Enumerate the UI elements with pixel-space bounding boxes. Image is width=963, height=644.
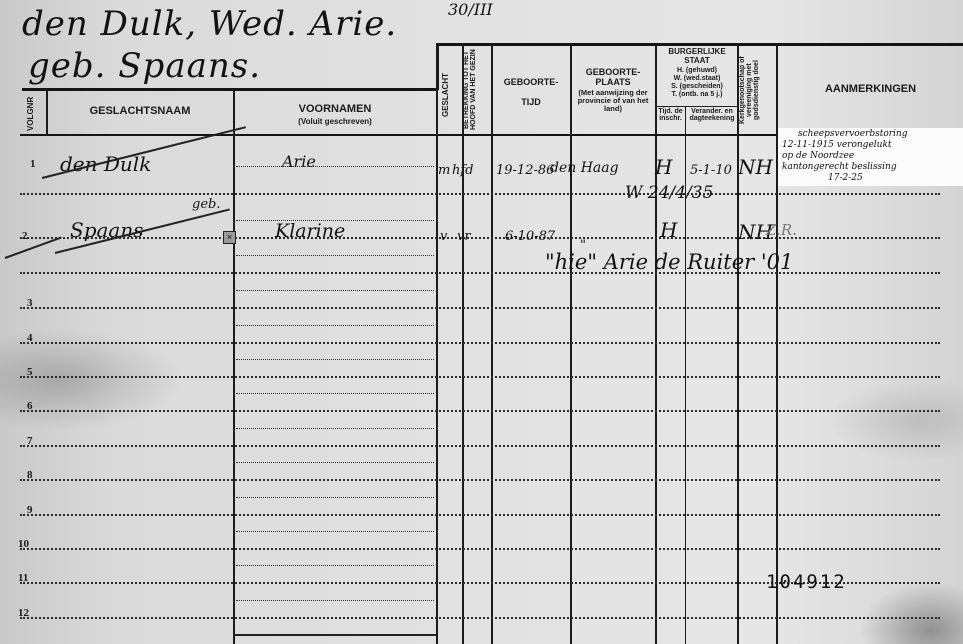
row2-firstname: Klarine: [275, 220, 345, 242]
col-voornamen-sub: (Voluit geschreven): [236, 118, 434, 126]
col-burgerlijke-staat-2: STAAT: [657, 57, 737, 65]
surname-heading: den Dulk, Wed. Arie.: [22, 4, 397, 44]
row-line: [20, 237, 940, 239]
bs-verander: Verander. en dagteekening: [687, 108, 737, 123]
row-line: [20, 410, 940, 412]
row1-surname: den Dulk: [60, 152, 151, 176]
row2-civil-status: H: [660, 218, 677, 242]
aanmerkingen-note-patch: scheepsvervoerbstoring 12-11-1915 verong…: [778, 128, 963, 186]
voornamen-subline: [236, 531, 434, 532]
title-underline: [22, 88, 438, 91]
row-line: [20, 514, 940, 516]
row-line: [20, 307, 940, 309]
row-line: [20, 479, 940, 481]
voornamen-subline: [236, 290, 434, 291]
voornamen-subline: [236, 462, 434, 463]
row-number: 8: [27, 469, 33, 481]
note-line: op de Noordzee: [782, 151, 854, 161]
registration-card: den Dulk, Wed. Arie. geb. Spaans. 30/III…: [0, 0, 963, 644]
row-number: 11: [18, 572, 28, 584]
row1-sex: m: [438, 163, 450, 178]
row-number: 10: [18, 538, 29, 550]
row-line: [20, 376, 940, 378]
row1-birthdate: 19-12-86: [496, 163, 554, 178]
row-number: 9: [27, 504, 33, 516]
bs-h: H. (gehuwd): [657, 67, 737, 74]
voornamen-subline: [236, 600, 434, 601]
row-number: 3: [27, 297, 33, 309]
bs-t: T. (ontb. na 5 j.): [657, 91, 737, 98]
voornamen-subline: [236, 325, 434, 326]
col-kerkgenootschap: Kerkgenootschap of vereeniging met godsd…: [739, 46, 775, 134]
row-line: [20, 617, 940, 619]
row-number: 6: [27, 400, 33, 412]
maiden-name-heading: geb. Spaans.: [28, 46, 261, 86]
col-aanmerkingen: AANMERKINGEN: [778, 84, 963, 96]
col-volgnr: VOLGNR: [27, 96, 35, 132]
col-geslachtsnaam: GESLACHTSNAAM: [48, 106, 232, 118]
voornamen-subline: [236, 359, 434, 360]
row2-followup-note: "hie" Arie de Ruiter '01: [545, 250, 793, 274]
col-divider: [233, 90, 235, 644]
voornamen-bottom: [233, 634, 436, 636]
archive-mark: 30/III: [448, 0, 493, 19]
row-line: [20, 445, 940, 447]
bs-w: W. (wed.staat): [657, 75, 737, 82]
row1-relation: hfd: [452, 163, 474, 178]
row-line: [20, 272, 940, 274]
row-number: 1: [30, 158, 36, 170]
voornamen-subline: [236, 565, 434, 566]
header-top-rule: [436, 43, 963, 46]
col-geboorteplaats-sub: (Met aanwijzing der provincie of van het…: [574, 89, 652, 113]
bs-tijd: Tijd. de inschr.: [657, 108, 684, 123]
voornamen-subline: [236, 428, 434, 429]
row-number: 4: [27, 332, 33, 344]
row-number: 7: [27, 435, 33, 447]
voornamen-subline: [236, 393, 434, 394]
col-geslacht: GESLACHT: [442, 60, 450, 130]
row1-church: NH: [738, 155, 773, 179]
row-number: 12: [18, 607, 29, 619]
row2-birthdate: 6-10-87: [505, 229, 555, 244]
col-geboorteplaats-2: PLAATS: [572, 78, 654, 87]
row2-sex: v: [440, 229, 447, 244]
row2-geb-label: geb.: [192, 197, 220, 212]
row-line: [20, 193, 940, 195]
strike-line: [5, 237, 62, 259]
note-line: kantongerecht beslissing: [782, 162, 897, 172]
note-line: 12-11-1915 verongelukt: [782, 140, 892, 150]
voornamen-subline: [236, 255, 434, 256]
row1-status-change: 5-1-10: [690, 163, 732, 178]
row2-church-extra: Z.R.: [766, 221, 797, 239]
bs-s: S. (gescheiden): [657, 83, 737, 90]
row-line: [20, 548, 940, 550]
voornamen-subline: [236, 497, 434, 498]
row1-civil-status: H: [655, 155, 672, 179]
marked-box-icon: ×: [223, 231, 236, 244]
row1-firstname: Arie: [282, 152, 316, 171]
col-geboortetijd-2: TIJD: [493, 98, 569, 107]
row1b-status-note: W 24/4/35: [625, 183, 713, 203]
bs-subdivider: [656, 106, 737, 107]
row1-birthplace: den Haag: [550, 160, 619, 176]
note-line: scheepsvervoerbstoring: [798, 129, 908, 139]
archive-stamp-number: 104912: [766, 571, 847, 593]
row-number: 5: [27, 366, 33, 378]
voornamen-subline: [236, 166, 434, 167]
row2-relation: vr: [457, 229, 471, 244]
note-line: 17-2-25: [828, 173, 863, 183]
row-line: [20, 342, 940, 344]
row-number: 2: [22, 230, 28, 242]
col-betrekking: BETREKKING TOT HET HOOFD VAN HET GEZIN: [463, 47, 491, 133]
col-geboortetijd-1: GEBOORTE-: [493, 78, 569, 87]
col-voornamen: VOORNAMEN: [236, 104, 434, 116]
